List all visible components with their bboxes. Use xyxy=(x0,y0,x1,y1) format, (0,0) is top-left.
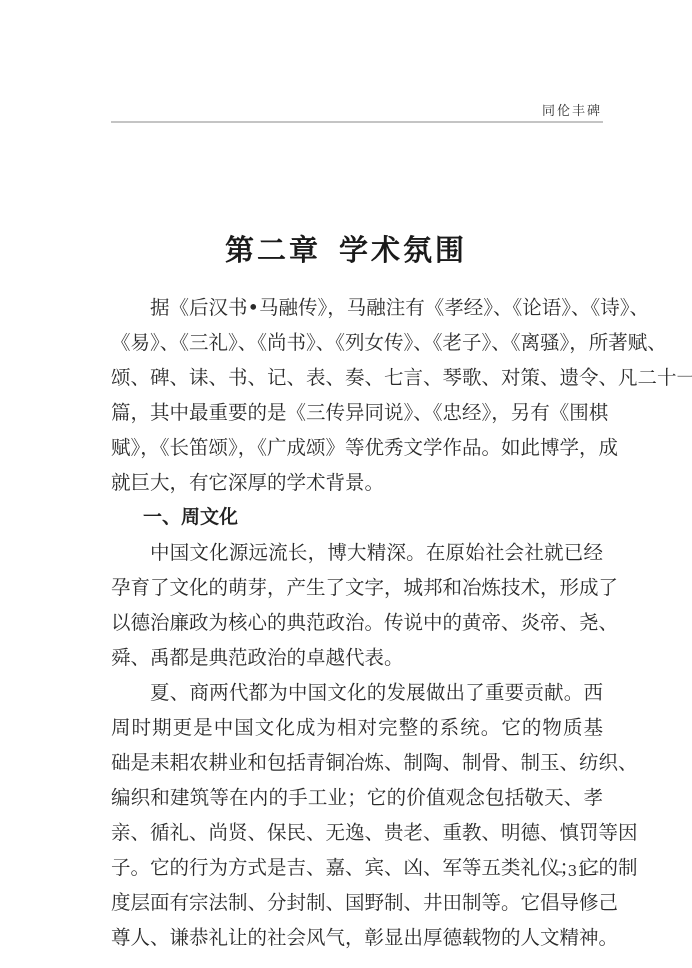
header-rule xyxy=(111,121,603,123)
section-paragraph: 夏、商两代都为中国文化的发展做出了重要贡献。西 周时期更是中国文化成为相对完整的… xyxy=(111,675,603,955)
running-head: 同伦丰碑 xyxy=(542,100,602,119)
text-line: 据《后汉书•马融传》，马融注有《孝经》、《论语》、《诗》、 xyxy=(111,290,603,325)
section-paragraph: 中国文化源远流长，博大精深。在原始社会社就已经 孕育了文化的萌芽，产生了文字，城… xyxy=(111,535,603,675)
text-line: 赋》，《长笛颂》，《广成颂》等优秀文学作品。如此博学，成 xyxy=(111,430,603,465)
text-line: 孕育了文化的萌芽，产生了文字，城邦和冶炼技术，形成了 xyxy=(111,570,603,605)
text-line: 度层面有宗法制、分封制、国野制、井田制等。它倡导修己 xyxy=(111,885,603,920)
text-line: 篇，其中最重要的是《三传异同说》、《忠经》，另有《围棋 xyxy=(111,395,603,430)
text-line: 就巨大，有它深厚的学术背景。 xyxy=(111,465,603,500)
section-heading: 一、周文化 xyxy=(111,500,603,535)
text-line: 编织和建筑等在内的手工业；它的价值观念包括敬天、孝 xyxy=(111,780,603,815)
text-line: 亲、循礼、尚贤、保民、无逸、贵老、重教、明德、慎罚等因 xyxy=(111,815,603,850)
intro-paragraph: 据《后汉书•马融传》，马融注有《孝经》、《论语》、《诗》、 《易》、《三礼》、《… xyxy=(111,290,603,500)
chapter-title: 第二章学术氛围 xyxy=(0,228,692,269)
body-text: 据《后汉书•马融传》，马融注有《孝经》、《论语》、《诗》、 《易》、《三礼》、《… xyxy=(111,290,603,955)
text-line: 尊人、谦恭礼让的社会风气，彰显出厚德载物的人文精神。 xyxy=(111,920,603,955)
text-line: 以德治廉政为核心的典范政治。传说中的黄帝、炎帝、尧、 xyxy=(111,605,603,640)
page-number: – 31 – xyxy=(555,862,599,880)
text-line: 础是耒耜农耕业和包括青铜冶炼、制陶、制骨、制玉、纺织、 xyxy=(111,745,603,780)
chapter-number: 第二章 xyxy=(225,233,321,267)
text-line: 中国文化源远流长，博大精深。在原始社会社就已经 xyxy=(111,535,603,570)
text-line: 子。它的行为方式是吉、嘉、宾、凶、军等五类礼仪；它的制 xyxy=(111,850,603,885)
text-line: 夏、商两代都为中国文化的发展做出了重要贡献。西 xyxy=(111,675,603,710)
chapter-name: 学术氛围 xyxy=(339,233,467,267)
text-line: 颂、碑、诔、书、记、表、奏、七言、琴歌、对策、遗令、凡二十一 xyxy=(111,360,603,395)
text-line: 舜、禹都是典范政治的卓越代表。 xyxy=(111,640,603,675)
text-line: 《易》、《三礼》、《尚书》、《列女传》、《老子》、《离骚》，所著赋、 xyxy=(111,325,603,360)
text-line: 周时期更是中国文化成为相对完整的系统。它的物质基 xyxy=(111,710,603,745)
